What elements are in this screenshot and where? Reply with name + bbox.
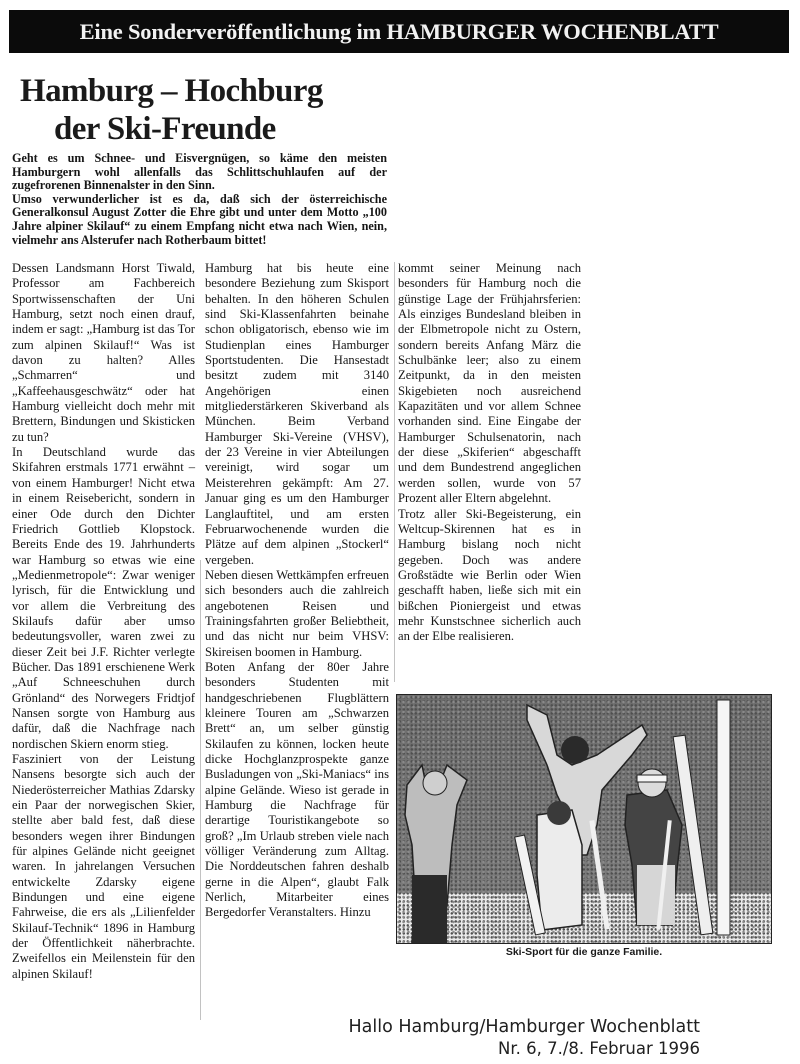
body-paragraph: In Deutschland wurde das Skifahren erstm… [12,445,195,752]
body-paragraph: Trotz aller Ski-Begeisterung, ein Weltcu… [398,507,581,645]
lead-paragraph: Geht es um Schnee- und Eisvergnügen, so … [12,152,387,193]
source-credit: Hallo Hamburg/Hamburger Wochenblatt Nr. … [348,1016,700,1060]
body-paragraph: kommt seiner Meinung nach besonders für … [398,261,581,507]
article-column-3: kommt seiner Meinung nach besonders für … [398,261,581,645]
skiers-illustration-icon [397,695,771,943]
supplement-banner: Eine Sonderveröffentlichung im HAMBURGER… [9,10,789,53]
body-paragraph: Hamburg hat bis heute eine besondere Bez… [205,261,389,568]
headline-line-2: der Ski-Freunde [20,110,350,148]
body-paragraph: Neben diesen Wettkämpfen erfreuen sich b… [205,568,389,660]
column-divider [200,560,201,1020]
article-column-2: Hamburg hat bis heute eine besondere Bez… [205,261,389,921]
body-paragraph: Boten Anfang der 80er Jahre besonders St… [205,660,389,921]
source-issue: Nr. 6, 7./8. Februar 1996 [348,1038,700,1060]
column-divider [394,262,395,682]
body-paragraph: Dessen Landsmann Horst Tiwald, Professor… [12,261,195,445]
ski-family-photo [396,694,772,944]
article-lead: Geht es um Schnee- und Eisvergnügen, so … [12,152,387,247]
lead-paragraph: Umso verwunderlicher ist es da, daß sich… [12,193,387,247]
photo-caption: Ski-Sport für die ganze Familie. [396,946,772,958]
banner-text: Eine Sonderveröffentlichung im HAMBURGER… [80,19,719,44]
article-headline: Hamburg – Hochburg der Ski-Freunde [20,72,350,148]
source-publication: Hallo Hamburg/Hamburger Wochenblatt [348,1016,700,1038]
body-paragraph: Fasziniert von der Leistung Nansens beso… [12,752,195,982]
headline-line-1: Hamburg – Hochburg [20,72,350,110]
article-column-1: Dessen Landsmann Horst Tiwald, Professor… [12,261,195,982]
